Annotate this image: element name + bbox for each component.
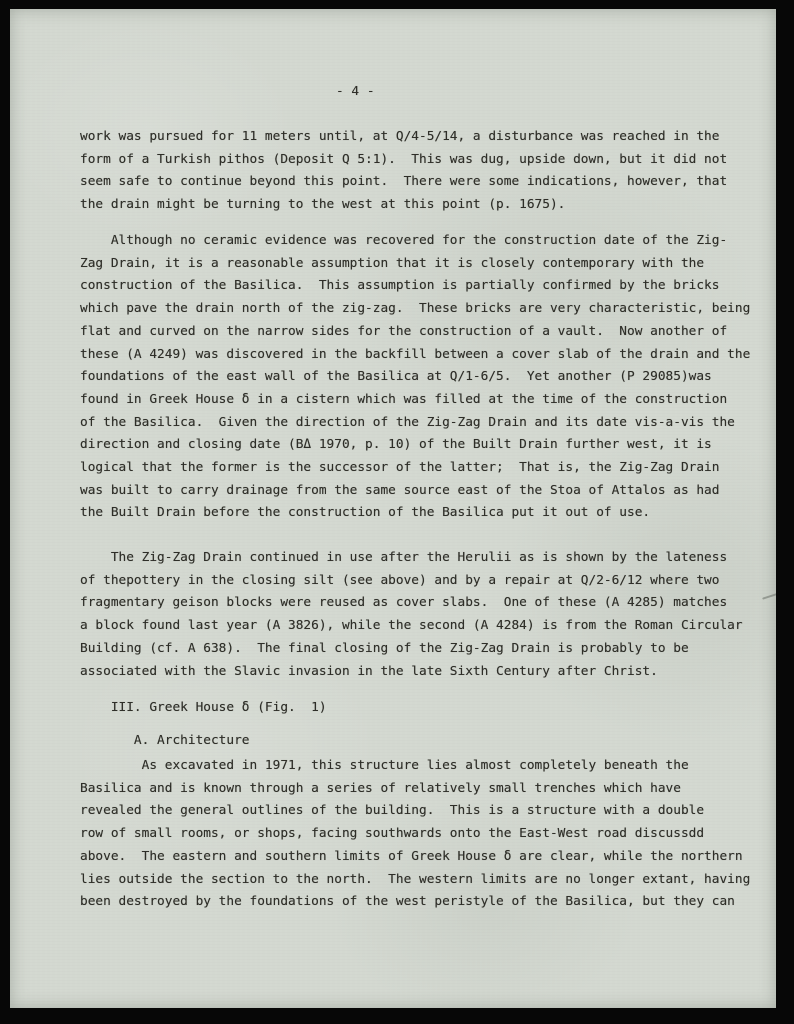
paragraph-drain-after-herulii: The Zig-Zag Drain continued in use after… (80, 547, 772, 683)
section-heading-greek-house: III. Greek House δ (Fig. 1) (80, 697, 772, 720)
paragraph-zigzag-drain-date: Although no ceramic evidence was recover… (80, 230, 772, 525)
page-number: - 4 - (336, 81, 375, 104)
subsection-heading-architecture: A. Architecture (80, 730, 772, 753)
paragraph-architecture-description: As excavated in 1971, this structure lie… (80, 755, 772, 914)
scan-background: - 4 - work was pursued for 11 meters unt… (0, 0, 794, 1024)
typewritten-page: - 4 - work was pursued for 11 meters unt… (10, 9, 776, 1008)
paragraph-drain-excavation: work was pursued for 11 meters until, at… (80, 126, 772, 217)
